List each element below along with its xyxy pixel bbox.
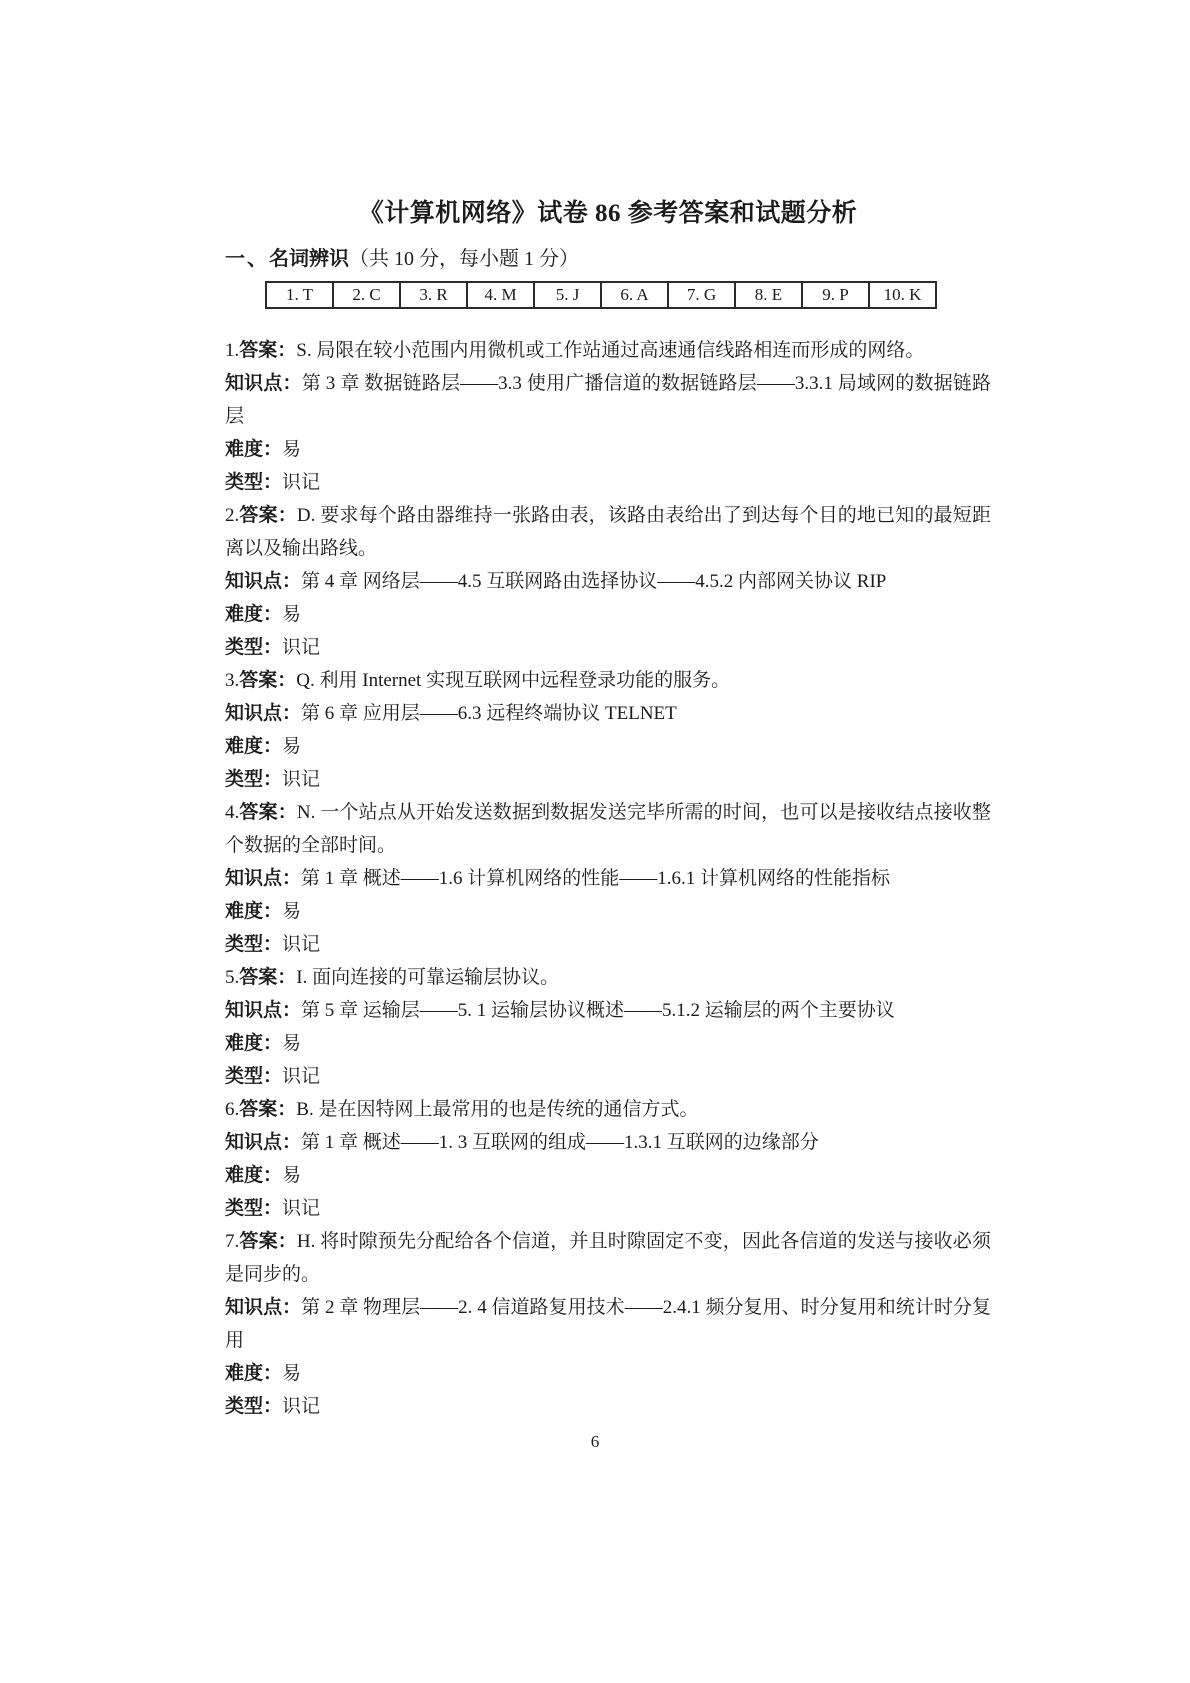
item-6-number: 6. <box>225 1099 239 1120</box>
item-4-difficulty-text: 易 <box>282 901 301 922</box>
answer-label: 答案： <box>239 340 296 361</box>
item-5-knowledge-point-text: 第 5 章 运输层——5. 1 运输层协议概述——5.1.2 运输层的两个主要协… <box>301 1000 895 1021</box>
knowledge-point-label: 知识点： <box>225 1132 301 1153</box>
item-1-difficulty: 难度：易 <box>225 433 991 466</box>
answer-cell-6: 6. A <box>601 282 668 308</box>
item-6-difficulty-text: 易 <box>282 1165 301 1186</box>
item-7-difficulty-text: 易 <box>282 1363 301 1384</box>
type-label: 类型： <box>225 769 282 790</box>
item-6-answer-text: B. 是在因特网上最常用的也是传统的通信方式。 <box>296 1099 698 1120</box>
item-1-type: 类型：识记 <box>225 466 991 499</box>
item-4-answer-text: N. 一个站点从开始发送数据到数据发送完毕所需的时间，也可以是接收结点接收整个数… <box>225 802 991 856</box>
item-2-difficulty-text: 易 <box>282 604 301 625</box>
document-page: 《计算机网络》试卷 86 参考答案和试题分析 一、名词辨识（共 10 分，每小题… <box>0 0 1190 1683</box>
item-7-answer-text: H. 将时隙预先分配给各个信道，并且时隙固定不变，因此各信道的发送与接收必须是同… <box>225 1231 991 1285</box>
section-number: 一、 <box>225 248 269 270</box>
difficulty-label: 难度： <box>225 736 282 757</box>
answer-analysis: 1.答案：S. 局限在较小范围内用微机或工作站通过高速通信线路相连而形成的网络。… <box>225 334 991 1423</box>
item-3-difficulty: 难度：易 <box>225 730 991 763</box>
item-5-answer: 5.答案：I. 面向连接的可靠运输层协议。 <box>225 961 991 994</box>
item-6-knowledge-point-text: 第 1 章 概述——1. 3 互联网的组成——1.3.1 互联网的边缘部分 <box>301 1132 819 1153</box>
answer-cell-8: 8. E <box>735 282 802 308</box>
item-2-difficulty: 难度：易 <box>225 598 991 631</box>
item-3-answer-text: Q. 利用 Internet 实现互联网中远程登录功能的服务。 <box>296 670 730 691</box>
item-1-knowledge-point: 知识点：第 3 章 数据链路层——3.3 使用广播信道的数据链路层——3.3.1… <box>225 367 991 433</box>
item-1-difficulty-text: 易 <box>282 439 301 460</box>
page-number: 6 <box>0 1432 1190 1452</box>
item-4-knowledge-point: 知识点：第 1 章 概述——1.6 计算机网络的性能——1.6.1 计算机网络的… <box>225 862 991 895</box>
answer-cell-5: 5. J <box>534 282 601 308</box>
item-3-type: 类型：识记 <box>225 763 991 796</box>
answer-table: 1. T 2. C 3. R 4. M 5. J 6. A 7. G 8. E … <box>265 281 937 309</box>
difficulty-label: 难度： <box>225 604 282 625</box>
item-1-number: 1. <box>225 340 239 361</box>
item-3-knowledge-point-text: 第 6 章 应用层——6.3 远程终端协议 TELNET <box>301 703 677 724</box>
item-6-difficulty: 难度：易 <box>225 1159 991 1192</box>
page-content: 《计算机网络》试卷 86 参考答案和试题分析 一、名词辨识（共 10 分，每小题… <box>225 0 991 1423</box>
type-label: 类型： <box>225 637 282 658</box>
item-5-knowledge-point: 知识点：第 5 章 运输层——5. 1 运输层协议概述——5.1.2 运输层的两… <box>225 994 991 1027</box>
item-7-type: 类型：识记 <box>225 1390 991 1423</box>
knowledge-point-label: 知识点： <box>225 868 301 889</box>
item-3-number: 3. <box>225 670 239 691</box>
difficulty-label: 难度： <box>225 1165 282 1186</box>
type-label: 类型： <box>225 472 282 493</box>
type-label: 类型： <box>225 1066 282 1087</box>
item-5-difficulty: 难度：易 <box>225 1027 991 1060</box>
answer-label: 答案： <box>239 1099 296 1120</box>
item-5-number: 5. <box>225 967 239 988</box>
type-label: 类型： <box>225 1198 282 1219</box>
type-label: 类型： <box>225 934 282 955</box>
item-5-answer-text: I. 面向连接的可靠运输层协议。 <box>296 967 559 988</box>
knowledge-point-label: 知识点： <box>225 373 302 394</box>
item-6-type-text: 识记 <box>282 1198 320 1219</box>
item-5-difficulty-text: 易 <box>282 1033 301 1054</box>
item-4-number: 4. <box>225 802 239 823</box>
item-1-type-text: 识记 <box>282 472 320 493</box>
item-7-type-text: 识记 <box>282 1396 320 1417</box>
item-3-answer: 3.答案：Q. 利用 Internet 实现互联网中远程登录功能的服务。 <box>225 664 991 697</box>
answer-cell-3: 3. R <box>400 282 467 308</box>
document-title: 《计算机网络》试卷 86 参考答案和试题分析 <box>225 0 991 231</box>
knowledge-point-label: 知识点： <box>225 1297 301 1318</box>
answer-cell-4: 4. M <box>467 282 534 308</box>
item-2-answer-text: D. 要求每个路由器维持一张路由表，该路由表给出了到达每个目的地已知的最短距离以… <box>225 505 991 559</box>
item-7-number: 7. <box>225 1231 239 1252</box>
difficulty-label: 难度： <box>225 901 282 922</box>
item-1-answer: 1.答案：S. 局限在较小范围内用微机或工作站通过高速通信线路相连而形成的网络。 <box>225 334 991 367</box>
section-title: 名词辨识 <box>269 248 349 270</box>
answer-table-row: 1. T 2. C 3. R 4. M 5. J 6. A 7. G 8. E … <box>266 282 936 308</box>
item-3-difficulty-text: 易 <box>282 736 301 757</box>
answer-label: 答案： <box>239 670 296 691</box>
answer-cell-7: 7. G <box>668 282 735 308</box>
item-6-knowledge-point: 知识点：第 1 章 概述——1. 3 互联网的组成——1.3.1 互联网的边缘部… <box>225 1126 991 1159</box>
item-6-answer: 6.答案：B. 是在因特网上最常用的也是传统的通信方式。 <box>225 1093 991 1126</box>
item-1-answer-text: S. 局限在较小范围内用微机或工作站通过高速通信线路相连而形成的网络。 <box>296 340 924 361</box>
knowledge-point-label: 知识点： <box>225 571 301 592</box>
item-1-knowledge-point-text: 第 3 章 数据链路层——3.3 使用广播信道的数据链路层——3.3.1 局域网… <box>225 373 991 427</box>
item-4-type-text: 识记 <box>282 934 320 955</box>
item-2-knowledge-point-text: 第 4 章 网络层——4.5 互联网路由选择协议——4.5.2 内部网关协议 R… <box>301 571 886 592</box>
item-2-type-text: 识记 <box>282 637 320 658</box>
item-3-knowledge-point: 知识点：第 6 章 应用层——6.3 远程终端协议 TELNET <box>225 697 991 730</box>
item-2-type: 类型：识记 <box>225 631 991 664</box>
answer-cell-2: 2. C <box>333 282 400 308</box>
item-2-knowledge-point: 知识点：第 4 章 网络层——4.5 互联网路由选择协议——4.5.2 内部网关… <box>225 565 991 598</box>
section-heading: 一、名词辨识（共 10 分，每小题 1 分） <box>225 246 991 272</box>
answer-label: 答案： <box>239 802 297 823</box>
answer-cell-1: 1. T <box>266 282 333 308</box>
item-6-type: 类型：识记 <box>225 1192 991 1225</box>
answer-label: 答案： <box>239 1231 297 1252</box>
item-4-answer: 4.答案：N. 一个站点从开始发送数据到数据发送完毕所需的时间，也可以是接收结点… <box>225 796 991 862</box>
answer-cell-10: 10. K <box>869 282 936 308</box>
knowledge-point-label: 知识点： <box>225 703 301 724</box>
item-4-difficulty: 难度：易 <box>225 895 991 928</box>
difficulty-label: 难度： <box>225 439 282 460</box>
difficulty-label: 难度： <box>225 1033 282 1054</box>
item-5-type: 类型：识记 <box>225 1060 991 1093</box>
knowledge-point-label: 知识点： <box>225 1000 301 1021</box>
answer-cell-9: 9. P <box>802 282 869 308</box>
item-5-type-text: 识记 <box>282 1066 320 1087</box>
item-3-type-text: 识记 <box>282 769 320 790</box>
answer-label: 答案： <box>239 505 297 526</box>
item-4-type: 类型：识记 <box>225 928 991 961</box>
type-label: 类型： <box>225 1396 282 1417</box>
item-4-knowledge-point-text: 第 1 章 概述——1.6 计算机网络的性能——1.6.1 计算机网络的性能指标 <box>301 868 890 889</box>
item-7-difficulty: 难度：易 <box>225 1357 991 1390</box>
item-2-answer: 2.答案：D. 要求每个路由器维持一张路由表，该路由表给出了到达每个目的地已知的… <box>225 499 991 565</box>
item-2-number: 2. <box>225 505 239 526</box>
item-7-knowledge-point-text: 第 2 章 物理层——2. 4 信道路复用技术——2.4.1 频分复用、时分复用… <box>225 1297 991 1351</box>
item-7-knowledge-point: 知识点：第 2 章 物理层——2. 4 信道路复用技术——2.4.1 频分复用、… <box>225 1291 991 1357</box>
answer-label: 答案： <box>239 967 296 988</box>
item-7-answer: 7.答案：H. 将时隙预先分配给各个信道，并且时隙固定不变，因此各信道的发送与接… <box>225 1225 991 1291</box>
section-note: （共 10 分，每小题 1 分） <box>349 248 579 270</box>
difficulty-label: 难度： <box>225 1363 282 1384</box>
